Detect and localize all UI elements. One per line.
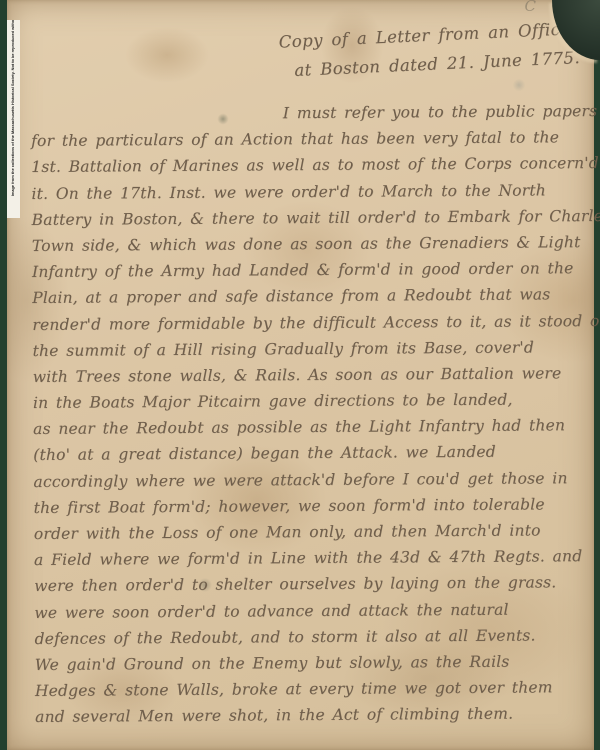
- letter-line: Town side, & which was done as soon as t…: [32, 229, 589, 259]
- letter-line: Plain, at a proper and safe distance fro…: [32, 281, 589, 311]
- letter-line: were then order'd to shelter ourselves b…: [34, 569, 591, 599]
- letter-line: accordingly where we were attack'd befor…: [33, 465, 590, 495]
- letter-line: and several Men were shot, in the Act of…: [35, 700, 592, 730]
- letter-body: I must refer you to the public papers fo…: [31, 98, 592, 730]
- letter-line: as near the Redoubt as possible as the L…: [33, 412, 590, 442]
- letter-line: Hedges & stone Walls, broke at every tim…: [35, 674, 592, 704]
- letter-line: I must refer you to the public papers: [31, 98, 588, 128]
- letter-line: a Field where we form'd in Line with the…: [34, 543, 591, 573]
- letter-line: in the Boats Major Pitcairn gave directi…: [33, 386, 590, 416]
- letter-heading: Copy of a Letter from an Officer at Bost…: [8, 14, 581, 98]
- letter-line: the summit of a Hill rising Gradually fr…: [32, 334, 589, 364]
- letter-line: order with the Loss of one Man only, and…: [34, 517, 591, 547]
- letter-line: defences of the Redoubt, and to storm it…: [34, 622, 591, 652]
- letter-line: Infantry of the Army had Landed & form'd…: [32, 255, 589, 285]
- scan-backdrop: C Copy of a Letter from an Officer at Bo…: [0, 0, 600, 750]
- archive-caption-strip: Image from the collections of the Massac…: [7, 20, 20, 218]
- letter-line: render'd more formidable by the difficul…: [32, 308, 589, 338]
- archive-caption-text: Image from the collections of the Massac…: [8, 42, 18, 196]
- letter-line: with Trees stone walls, & Rails. As soon…: [33, 360, 590, 390]
- letter-line: We gain'd Ground on the Enemy but slowly…: [35, 648, 592, 678]
- letter-line: we were soon order'd to advance and atta…: [34, 596, 591, 626]
- letter-line: the first Boat form'd; however, we soon …: [34, 491, 591, 521]
- pencil-mark: C: [525, 0, 536, 15]
- letter-line: (tho' at a great distance) began the Att…: [33, 438, 590, 468]
- letter-line: it. On the 17th. Inst. we were order'd t…: [31, 177, 588, 207]
- letter-line: for the particulars of an Action that ha…: [31, 124, 588, 154]
- letter-line: 1st. Battalion of Marines as well as to …: [31, 150, 588, 180]
- letter-page: C Copy of a Letter from an Officer at Bo…: [7, 0, 594, 750]
- letter-line: Battery in Boston, & there to wait till …: [32, 203, 589, 233]
